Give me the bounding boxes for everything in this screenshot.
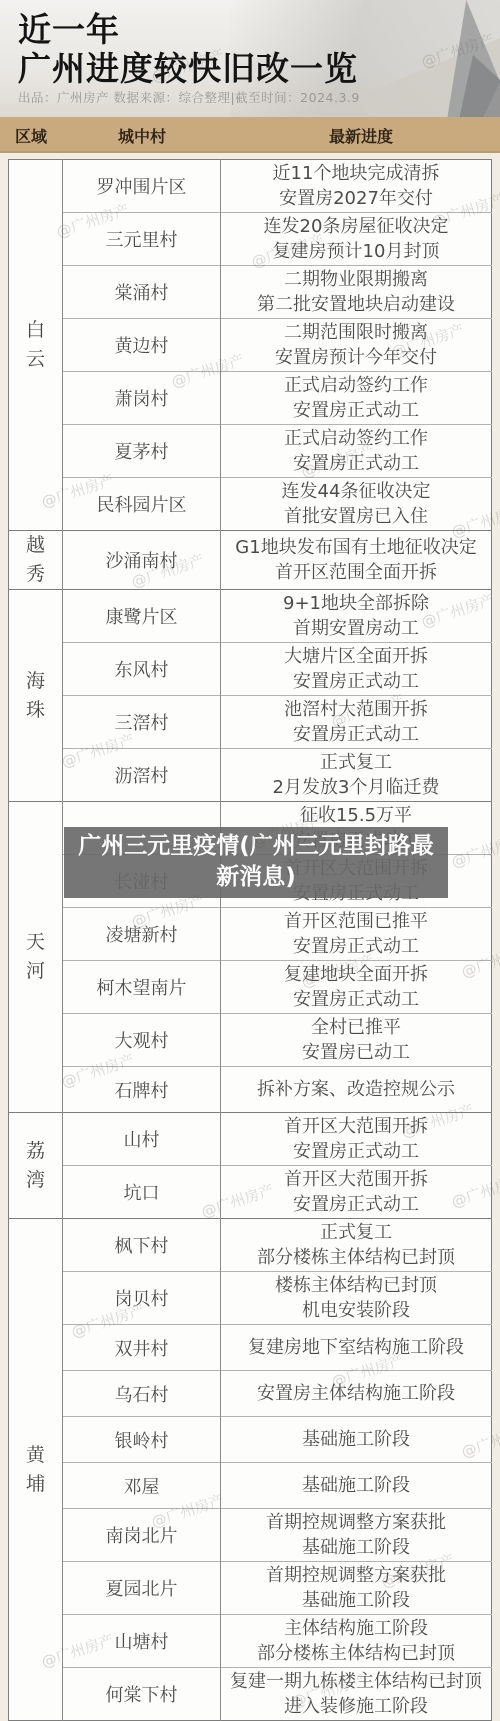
overlay-banner: 广州三元里疫情(广州三元里封路最 新消息) <box>64 827 448 898</box>
village-name: 沙涌南村 <box>63 531 221 590</box>
credits-line: 出品：广州房产 数据来源：综合整理|截至时间：2024.3.9 <box>18 88 360 106</box>
progress-text: 正式复工2月发放3个月临迁费 <box>221 749 492 802</box>
progress-text: 近11个地块完成清拆安置房2027年交付 <box>221 160 492 213</box>
progress-text: 首开区大范围开拆安置房正式动工 <box>221 1113 492 1166</box>
village-name: 黄边村 <box>63 319 221 372</box>
table-row: 大观村全村已推平安置房已动工 <box>9 1014 492 1067</box>
table-row: 白云罗冲围片区近11个地块完成清拆安置房2027年交付 <box>9 160 492 213</box>
progress-text: 首开区大范围开拆安置房正式动工 <box>221 1166 492 1219</box>
village-name: 南岗北片 <box>63 1509 221 1562</box>
progress-text: 正式启动签约工作安置房正式动工 <box>221 372 492 425</box>
progress-text: 基础施工阶段 <box>221 1417 492 1463</box>
village-name: 萧岗村 <box>63 372 221 425</box>
column-label-village: 城中村 <box>62 124 222 147</box>
region-char: 白 <box>9 316 62 345</box>
village-name: 夏园北片 <box>63 1562 221 1615</box>
progress-text: 复建一期九栋楼主体结构已封顶进入装修施工阶段 <box>221 1668 492 1721</box>
table-row: 黄边村二期范围限时搬离安置房预计今年交付 <box>9 319 492 372</box>
table-row: 何棠下村复建一期九栋楼主体结构已封顶进入装修施工阶段 <box>9 1668 492 1721</box>
table-row: 三滘村池滘村大范围开拆安置房正式动工 <box>9 696 492 749</box>
progress-text: 复建地块全面开拆安置房正式动工 <box>221 961 492 1014</box>
progress-text: 二期物业限期搬离第二批安置地块启动建设 <box>221 266 492 319</box>
progress-table-body: 白云罗冲围片区近11个地块完成清拆安置房2027年交付三元里村连发20条房屋征收… <box>9 160 492 1721</box>
table-row: 海珠康鹭片区9+1地块全部拆除首期安置房动工 <box>9 590 492 643</box>
region-char: 埔 <box>9 1470 62 1499</box>
progress-text: 主体结构施工阶段部分楼栋主体结构已封顶 <box>221 1615 492 1668</box>
page-title: 近一年 广州进度较快旧改一览 <box>18 10 358 88</box>
village-name: 沥滘村 <box>63 749 221 802</box>
table-row: 民科园片区连发44条征收决定首批安置房已入住 <box>9 478 492 531</box>
column-label-progress: 最新进度 <box>222 124 500 147</box>
table-row: 邓屋基础施工阶段 <box>9 1463 492 1509</box>
village-name: 罗冲围片区 <box>63 160 221 213</box>
progress-text: 安置房主体结构施工阶段 <box>221 1371 492 1417</box>
progress-text: 9+1地块全部拆除首期安置房动工 <box>221 590 492 643</box>
progress-text: 连发20条房屋征收决定复建房预计10月封顶 <box>221 213 492 266</box>
region-cell: 白云 <box>9 160 63 531</box>
photo-header: 近一年 广州进度较快旧改一览 出品：广州房产 数据来源：综合整理|截至时间：20… <box>0 0 500 117</box>
village-name: 山村 <box>63 1113 221 1166</box>
village-name: 大观村 <box>63 1014 221 1067</box>
village-name: 邓屋 <box>63 1463 221 1509</box>
overlay-text-line1: 广州三元里疫情(广州三元里封路最 <box>64 831 448 862</box>
progress-text: 拆补方案、改造控规公示 <box>221 1067 492 1113</box>
village-name: 柯木望南片 <box>63 961 221 1014</box>
village-name: 何棠下村 <box>63 1668 221 1721</box>
table-row: 越秀沙涌南村G1地块发布国有土地征收决定首开区范围全面开拆 <box>9 531 492 590</box>
village-name: 双井村 <box>63 1325 221 1371</box>
page-title-line2: 广州进度较快旧改一览 <box>18 49 358 88</box>
progress-table: 白云罗冲围片区近11个地块完成清拆安置房2027年交付三元里村连发20条房屋征收… <box>8 159 492 1721</box>
page-title-line1: 近一年 <box>18 10 358 49</box>
table-row: 岗贝村楼栋主体结构已封顶机电安装阶段 <box>9 1272 492 1325</box>
village-name: 康鹭片区 <box>63 590 221 643</box>
village-name: 银岭村 <box>63 1417 221 1463</box>
region-char: 河 <box>9 957 62 986</box>
table-row: 夏园北片首期控规调整方案获批基础施工阶段 <box>9 1562 492 1615</box>
table-row: 夏茅村正式启动签约工作安置房正式动工 <box>9 425 492 478</box>
progress-text: 连发44条征收决定首批安置房已入住 <box>221 478 492 531</box>
progress-text: 池滘村大范围开拆安置房正式动工 <box>221 696 492 749</box>
village-name: 东风村 <box>63 643 221 696</box>
table-row: 双井村复建房地下室结构施工阶段 <box>9 1325 492 1371</box>
region-char: 湾 <box>9 1166 62 1195</box>
poster: 近一年 广州进度较快旧改一览 出品：广州房产 数据来源：综合整理|截至时间：20… <box>0 0 500 1721</box>
table-row: 萧岗村正式启动签约工作安置房正式动工 <box>9 372 492 425</box>
village-name: 三滘村 <box>63 696 221 749</box>
table-row: 乌石村安置房主体结构施工阶段 <box>9 1371 492 1417</box>
overlay-text-line2: 新消息) <box>64 862 448 893</box>
progress-text: 二期范围限时搬离安置房预计今年交付 <box>221 319 492 372</box>
village-name: 坑口 <box>63 1166 221 1219</box>
table-row: 石牌村拆补方案、改造控规公示 <box>9 1067 492 1113</box>
table-row: 黄埔枫下村正式复工部分楼栋主体结构已封顶 <box>9 1219 492 1272</box>
progress-text: G1地块发布国有土地征收决定首开区范围全面开拆 <box>221 531 492 590</box>
table-row: 南岗北片首期控规调整方案获批基础施工阶段 <box>9 1509 492 1562</box>
progress-text: 全村已推平安置房已动工 <box>221 1014 492 1067</box>
region-char: 秀 <box>9 560 62 589</box>
region-cell: 天河 <box>9 802 63 1113</box>
table-row: 东风村大塘片区全面开拆安置房正式动工 <box>9 643 492 696</box>
progress-text: 楼栋主体结构已封顶机电安装阶段 <box>221 1272 492 1325</box>
table-row: 荔湾山村首开区大范围开拆安置房正式动工 <box>9 1113 492 1166</box>
table-row: 坑口首开区大范围开拆安置房正式动工 <box>9 1166 492 1219</box>
progress-text: 首开区范围已推平安置房正式动工 <box>221 908 492 961</box>
village-name: 民科园片区 <box>63 478 221 531</box>
progress-text: 复建房地下室结构施工阶段 <box>221 1325 492 1371</box>
region-char: 天 <box>9 928 62 957</box>
table-row: 三元里村连发20条房屋征收决定复建房预计10月封顶 <box>9 213 492 266</box>
progress-text: 基础施工阶段 <box>221 1463 492 1509</box>
village-name: 岗贝村 <box>63 1272 221 1325</box>
region-cell: 荔湾 <box>9 1113 63 1219</box>
village-name: 乌石村 <box>63 1371 221 1417</box>
table-row: 棠涌村二期物业限期搬离第二批安置地块启动建设 <box>9 266 492 319</box>
village-name: 夏茅村 <box>63 425 221 478</box>
village-name: 凌塘新村 <box>63 908 221 961</box>
region-cell: 海珠 <box>9 590 63 802</box>
table-row: 柯木望南片复建地块全面开拆安置房正式动工 <box>9 961 492 1014</box>
village-name: 石牌村 <box>63 1067 221 1113</box>
progress-text: 首期控规调整方案获批基础施工阶段 <box>221 1509 492 1562</box>
column-label-region: 区域 <box>0 124 62 147</box>
village-name: 枫下村 <box>63 1219 221 1272</box>
region-char: 云 <box>9 345 62 374</box>
table-row: 银岭村基础施工阶段 <box>9 1417 492 1463</box>
region-char: 越 <box>9 531 62 560</box>
region-cell: 越秀 <box>9 531 63 590</box>
table-column-header: 区域 城中村 最新进度 <box>0 117 500 153</box>
table-row: 凌塘新村首开区范围已推平安置房正式动工 <box>9 908 492 961</box>
region-cell: 黄埔 <box>9 1219 63 1721</box>
village-name: 三元里村 <box>63 213 221 266</box>
table-row: 沥滘村正式复工2月发放3个月临迁费 <box>9 749 492 802</box>
progress-text: 大塘片区全面开拆安置房正式动工 <box>221 643 492 696</box>
progress-text: 首期控规调整方案获批基础施工阶段 <box>221 1562 492 1615</box>
progress-text: 正式启动签约工作安置房正式动工 <box>221 425 492 478</box>
table-row: 山塘村主体结构施工阶段部分楼栋主体结构已封顶 <box>9 1615 492 1668</box>
village-name: 山塘村 <box>63 1615 221 1668</box>
region-char: 珠 <box>9 696 62 725</box>
region-char: 荔 <box>9 1137 62 1166</box>
progress-text: 正式复工部分楼栋主体结构已封顶 <box>221 1219 492 1272</box>
village-name: 棠涌村 <box>63 266 221 319</box>
region-char: 海 <box>9 667 62 696</box>
region-char: 黄 <box>9 1441 62 1470</box>
